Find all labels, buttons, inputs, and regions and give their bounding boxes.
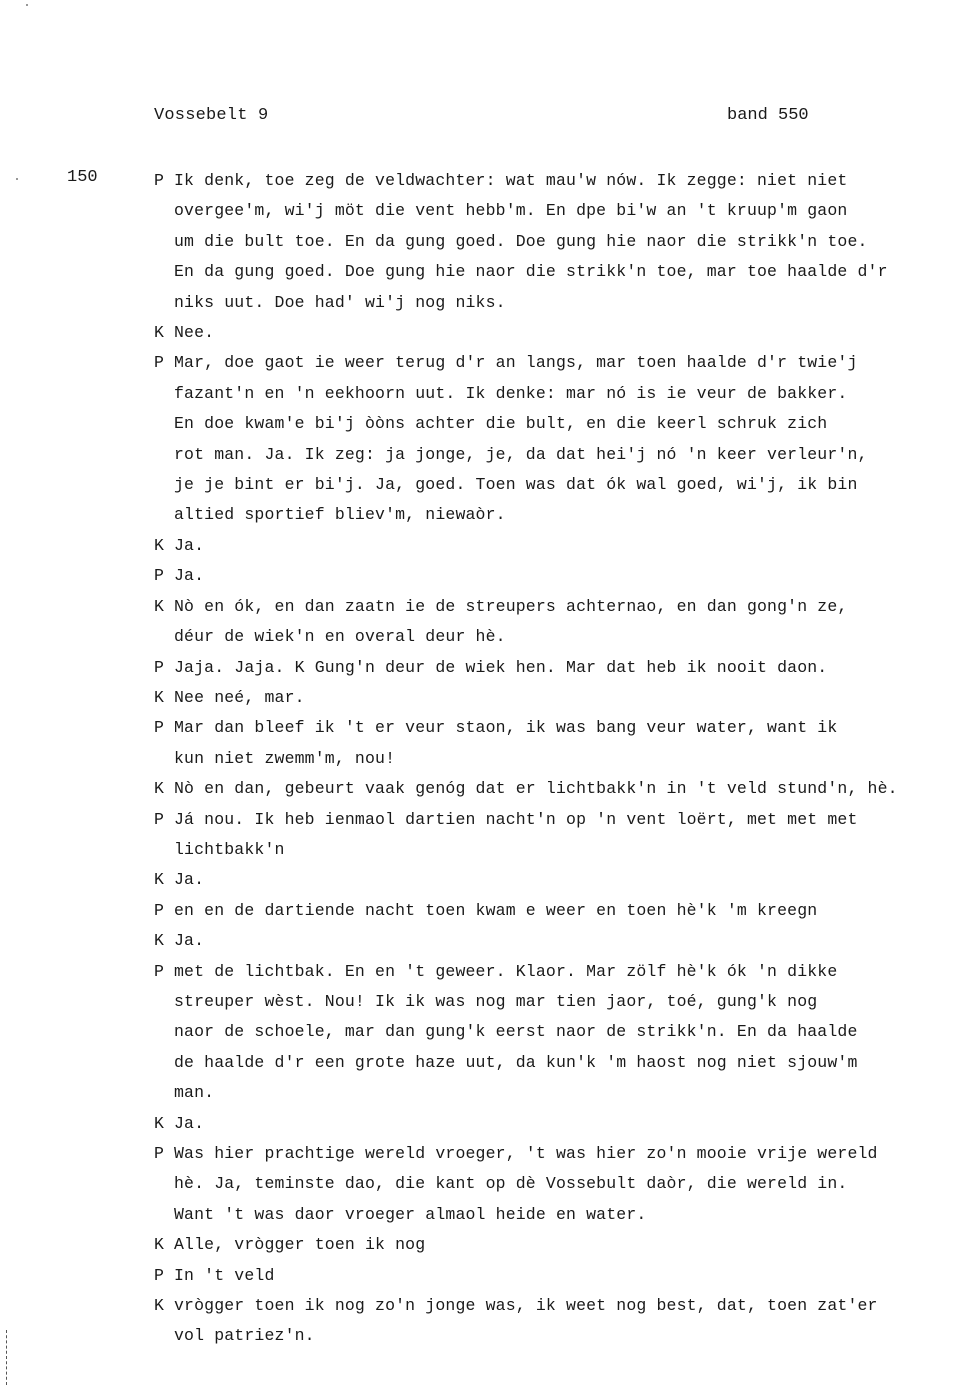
speaker-label: P (154, 957, 174, 987)
utterance-line: vol patriez'n. (174, 1321, 954, 1351)
transcript: PIk denk, toe zeg de veldwachter: wat ma… (154, 166, 954, 1352)
utterance-line: In 't veld (174, 1261, 954, 1291)
speck (16, 178, 18, 180)
utterance-line: hè. Ja, teminste dao, die kant op dè Vos… (174, 1169, 954, 1199)
utterance-line: fazant'n en 'n eekhoorn uut. Ik denke: m… (174, 379, 954, 409)
speaker-label: P (154, 1261, 174, 1291)
transcript-turn: Kvrògger toen ik nog zo'n jonge was, ik … (154, 1291, 954, 1352)
utterance-line: Was hier prachtige wereld vroeger, 't wa… (174, 1139, 954, 1169)
speck (26, 4, 28, 6)
speaker-label: K (154, 1109, 174, 1139)
utterance: Já nou. Ik heb ienmaol dartien nacht'n o… (174, 805, 954, 866)
speaker-label: K (154, 774, 174, 804)
utterance-line: met de lichtbak. En en 't geweer. Klaor.… (174, 957, 954, 987)
transcript-turn: KAlle, vrògger toen ik nog (154, 1230, 954, 1260)
typescript-page: Vossebelt 9 band 550 150 PIk denk, toe z… (0, 0, 966, 1389)
utterance: Nee neé, mar. (174, 683, 954, 713)
utterance-line: man. (174, 1078, 954, 1108)
utterance-line: Jaja. Jaja. K Gung'n deur de wiek hen. M… (174, 653, 954, 683)
utterance: Ja. (174, 561, 954, 591)
utterance-line: Alle, vrògger toen ik nog (174, 1230, 954, 1260)
utterance-line: Ja. (174, 531, 954, 561)
utterance-line: Ja. (174, 1109, 954, 1139)
utterance-line: um die bult toe. En da gung goed. Doe gu… (174, 227, 954, 257)
speaker-label: P (154, 653, 174, 683)
transcript-turn: KJa. (154, 926, 954, 956)
utterance: Mar, doe gaot ie weer terug d'r an langs… (174, 348, 954, 530)
speaker-label: K (154, 926, 174, 956)
speaker-label: K (154, 592, 174, 622)
speaker-label: K (154, 683, 174, 713)
utterance: Ja. (174, 531, 954, 561)
utterance-line: Mar, doe gaot ie weer terug d'r an langs… (174, 348, 954, 378)
utterance: Ja. (174, 865, 954, 895)
speaker-label: P (154, 896, 174, 926)
transcript-turn: PIn 't veld (154, 1261, 954, 1291)
document-title: Vossebelt 9 (154, 106, 268, 125)
transcript-turn: KJa. (154, 1109, 954, 1139)
utterance: Ja. (174, 1109, 954, 1139)
utterance: en en de dartiende nacht toen kwam e wee… (174, 896, 954, 926)
utterance-line: rot man. Ja. Ik zeg: ja jonge, je, da da… (174, 440, 954, 470)
utterance: Nò en ók, en dan zaatn ie de streupers a… (174, 592, 954, 653)
utterance-line: Nee. (174, 318, 954, 348)
margin-line-number: 150 (67, 168, 98, 187)
speaker-label: P (154, 713, 174, 743)
utterance: Nee. (174, 318, 954, 348)
utterance: Mar dan bleef ik 't er veur staon, ik wa… (174, 713, 954, 774)
utterance: Alle, vrògger toen ik nog (174, 1230, 954, 1260)
transcript-turn: PJa. (154, 561, 954, 591)
transcript-turn: PWas hier prachtige wereld vroeger, 't w… (154, 1139, 954, 1230)
utterance-line: Nee neé, mar. (174, 683, 954, 713)
utterance: Was hier prachtige wereld vroeger, 't wa… (174, 1139, 954, 1230)
utterance-line: Want 't was daor vroeger almaol heide en… (174, 1200, 954, 1230)
utterance-line: naor de schoele, mar dan gung'k eerst na… (174, 1017, 954, 1047)
transcript-turn: KJa. (154, 531, 954, 561)
utterance-line: Nò en dan, gebeurt vaak genóg dat er lic… (174, 774, 954, 804)
speaker-label: P (154, 166, 174, 196)
utterance: Nò en dan, gebeurt vaak genóg dat er lic… (174, 774, 954, 804)
utterance: met de lichtbak. En en 't geweer. Klaor.… (174, 957, 954, 1109)
speaker-label: K (154, 1230, 174, 1260)
speaker-label: P (154, 348, 174, 378)
speaker-label: P (154, 1139, 174, 1169)
transcript-turn: KNò en dan, gebeurt vaak genóg dat er li… (154, 774, 954, 804)
utterance-line: lichtbakk'n (174, 835, 954, 865)
utterance-line: Ja. (174, 865, 954, 895)
utterance-line: En da gung goed. Doe gung hie naor die s… (174, 257, 954, 287)
utterance: vrògger toen ik nog zo'n jonge was, ik w… (174, 1291, 954, 1352)
utterance-line: overgee'm, wi'j möt die vent hebb'm. En … (174, 196, 954, 226)
utterance-line: niks uut. Doe had' wi'j nog niks. (174, 288, 954, 318)
utterance-line: Nò en ók, en dan zaatn ie de streupers a… (174, 592, 954, 622)
utterance-line: Ik denk, toe zeg de veldwachter: wat mau… (174, 166, 954, 196)
transcript-turn: PMar dan bleef ik 't er veur staon, ik w… (154, 713, 954, 774)
transcript-turn: PJaja. Jaja. K Gung'n deur de wiek hen. … (154, 653, 954, 683)
utterance-line: Já nou. Ik heb ienmaol dartien nacht'n o… (174, 805, 954, 835)
utterance: Ja. (174, 926, 954, 956)
utterance: In 't veld (174, 1261, 954, 1291)
transcript-turn: Pen en de dartiende nacht toen kwam e we… (154, 896, 954, 926)
transcript-turn: PJá nou. Ik heb ienmaol dartien nacht'n … (154, 805, 954, 866)
speaker-label: P (154, 805, 174, 835)
utterance-line: de haalde d'r een grote haze uut, da kun… (174, 1048, 954, 1078)
utterance: Ik denk, toe zeg de veldwachter: wat mau… (174, 166, 954, 318)
utterance: Jaja. Jaja. K Gung'n deur de wiek hen. M… (174, 653, 954, 683)
transcript-turn: KNee. (154, 318, 954, 348)
speaker-label: K (154, 531, 174, 561)
utterance-line: Mar dan bleef ik 't er veur staon, ik wa… (174, 713, 954, 743)
transcript-turn: KNò en ók, en dan zaatn ie de streupers … (154, 592, 954, 653)
utterance-line: Ja. (174, 926, 954, 956)
utterance-line: je je bint er bi'j. Ja, goed. Toen was d… (174, 470, 954, 500)
transcript-turn: KJa. (154, 865, 954, 895)
transcript-turn: KNee neé, mar. (154, 683, 954, 713)
transcript-turn: PIk denk, toe zeg de veldwachter: wat ma… (154, 166, 954, 318)
utterance-line: kun niet zwemm'm, nou! (174, 744, 954, 774)
transcript-turn: Pmet de lichtbak. En en 't geweer. Klaor… (154, 957, 954, 1109)
utterance-line: en en de dartiende nacht toen kwam e wee… (174, 896, 954, 926)
margin-mark (6, 1330, 8, 1385)
utterance-line: altied sportief bliev'm, niewaòr. (174, 500, 954, 530)
speaker-label: P (154, 561, 174, 591)
utterance-line: Ja. (174, 561, 954, 591)
speaker-label: K (154, 1291, 174, 1321)
tape-number: band 550 (727, 106, 809, 125)
transcript-turn: PMar, doe gaot ie weer terug d'r an lang… (154, 348, 954, 530)
speaker-label: K (154, 318, 174, 348)
utterance-line: streuper wèst. Nou! Ik ik was nog mar ti… (174, 987, 954, 1017)
speaker-label: K (154, 865, 174, 895)
utterance-line: vrògger toen ik nog zo'n jonge was, ik w… (174, 1291, 954, 1321)
utterance-line: En doe kwam'e bi'j òòns achter die bult,… (174, 409, 954, 439)
utterance-line: déur de wiek'n en overal deur hè. (174, 622, 954, 652)
